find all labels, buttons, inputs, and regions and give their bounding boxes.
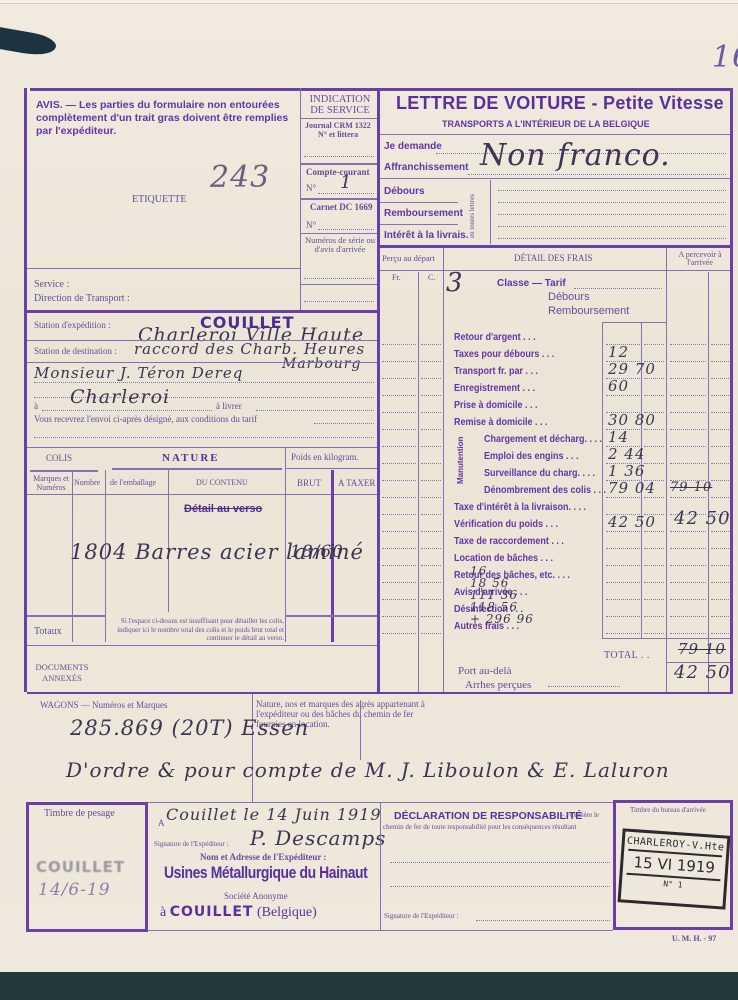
timbre-arrivee-label: Timbre du bureau d'arrivée [630,806,706,814]
dotted-line [670,361,706,362]
paper-top-edge [0,0,738,4]
dotted-line [711,480,729,481]
dotted-line [711,633,729,634]
divider [602,322,603,638]
dotted-line [318,229,374,230]
dotted-line [670,412,706,413]
dotted-line [421,514,441,515]
societe-anonyme: Société Anonyme [224,891,288,901]
dotted-line [644,395,664,396]
interet-label: Intérêt à la livrais. [384,230,469,241]
dotted-line [644,344,664,345]
etiquette-label: ETIQUETTE [132,194,186,205]
dotted-line [382,548,416,549]
dotted-line [644,565,664,566]
port-au-dela-label: Port au-delà [458,665,511,677]
timbre-pesage-label: Timbre de pesage [44,808,115,819]
a-label: à [34,401,38,411]
je-demande-label: Je demande [384,141,442,152]
divider [443,248,444,692]
dotted-line [644,531,664,532]
dotted-line [382,429,416,430]
dotted-line [382,565,416,566]
dotted-line [711,361,729,362]
page-number: 16 [712,40,738,75]
divider [27,447,377,448]
fr-header: Fr. [392,273,401,282]
dotted-line [711,616,729,617]
nombre-header: Nombre [74,478,100,487]
dotted-line [382,361,416,362]
declaration-text-2: chemin de fer de toute responsabilité po… [383,823,576,831]
a-taxer-header: A TAXER [338,478,375,488]
dotted-line [421,497,441,498]
dotted-line [421,616,441,617]
marques-header: Marques et Numéros [28,474,74,492]
dotted-line [670,429,706,430]
dotted-line [421,599,441,600]
dotted-line [644,633,664,634]
divider [666,662,730,663]
divider [148,930,613,931]
dotted-line [670,463,706,464]
frais-row-value[interactable]: 60 [608,377,629,395]
dotted-line [670,582,706,583]
dotted-line [711,429,729,430]
a-percevoir-header: A percevoir à l'arrivée [670,251,730,267]
dotted-line [670,446,706,447]
form-title-main: LETTRE DE VOITURE [396,93,586,113]
dotted-line [711,548,729,549]
pesage-stamp: COUILLET [36,858,125,876]
avis-notice: AVIS. — Les parties du formulaire non en… [36,99,298,138]
dotted-line [711,378,729,379]
dotted-line [382,395,416,396]
dotted-line [421,548,441,549]
indication-service-title: INDICATION DE SERVICE [303,94,377,116]
divider [27,615,105,617]
form-title-speed: Petite Vitesse [603,93,724,113]
dotted-line [382,378,416,379]
total-label: TOTAL . . [604,650,650,661]
company-name: Usines Métallurgique du Hainaut [164,863,367,883]
company-location: à COUILLET (Belgique) [160,904,317,921]
dotted-line [711,344,729,345]
carnet-no-label: N° [306,220,316,230]
dotted-line [34,437,374,438]
dotted-line [468,174,726,175]
divider [418,272,419,692]
dotted-line [644,429,664,430]
divider [380,224,458,225]
dotted-line [382,633,416,634]
dotted-line [304,278,374,279]
dotted-line [606,395,640,396]
recipient[interactable]: Monsieur J. Téron Dereq [34,364,243,382]
detail-frais-header: DÉTAIL DES FRAIS [514,253,592,263]
dotted-line [644,378,664,379]
arrivee-struck: 79 10 [670,480,712,495]
dotted-line [644,616,664,617]
background-bar [0,972,738,1000]
dotted-line [421,412,441,413]
divider [301,118,377,119]
declaration-text-1: - J'exonère le [562,811,599,819]
frais-row-label: Remise à domicile . . . [454,417,548,428]
arrival-postmark: CHARLEROY-V.Hte 15 VI 1919 N° 1 [618,828,731,909]
frais-row-label: Enregistrement . . . [454,383,535,394]
location-city: COUILLET [170,904,254,920]
emballage-header: de l'emballage [110,478,156,487]
contenu-header: DU CONTENU [196,478,248,487]
dotted-line [670,565,706,566]
divider [380,178,730,179]
en-toutes-lettres: en toutes lettres [468,194,476,238]
dotted-line [606,616,640,617]
a-livrer-label: à livrer [216,401,242,411]
frais-row-label: Taxe d'intérêt à la livraison. . . . [454,502,586,513]
location-country: (Belgique) [257,905,317,920]
carnet-label: Carnet DC 1669 [310,202,373,212]
divider [490,180,491,244]
dotted-line [670,344,706,345]
affranchissement-label: Affranchissement [384,162,468,173]
frame-right [730,88,733,692]
frais-row-value[interactable]: 29 70 [608,360,656,378]
dotted-line [670,531,706,532]
dotted-line [382,514,416,515]
frais-row-value[interactable]: 42 50 [608,513,656,531]
dotted-line [498,202,726,203]
documents-annexes-label: DOCUMENTS ANNEXÉS [30,662,94,684]
dotted-line [606,599,640,600]
dotted-line [606,497,640,498]
frais-row-label: Prise à domicile . . . [454,400,538,411]
dotted-line [670,633,706,634]
compte-courant-label: Compte-courant [306,167,370,177]
service-col-left [300,88,301,313]
dotted-line [382,616,416,617]
direction-label: Direction de Transport : [34,293,130,304]
dotted-line [548,686,620,687]
divider [30,470,98,472]
divider [666,248,667,692]
total-value[interactable]: 42 50 [674,662,731,683]
wagons-label: WAGONS — Numéros et Marques [40,700,167,710]
dotted-line [498,214,726,215]
frais-row-label: Transport fr. par . . . [454,366,538,377]
declaration-signature-label: Signature de l'Expéditeur : [384,912,459,920]
dotted-line [498,190,726,191]
destination-value-3[interactable]: Marbourg [282,356,361,372]
dotted-line [644,446,664,447]
frais-row-value[interactable]: 12 [608,343,629,361]
side-calculation: 16 18 56 111 36 118 56 + 296 96 [470,565,534,625]
divider [286,468,377,469]
dotted-line [382,497,416,498]
dotted-line [42,410,212,411]
manutention-label: Manutention [456,436,465,484]
expedition-label: Station d'expédition : [34,320,111,330]
dotted-line [382,599,416,600]
totaux-label: Totaux [34,626,62,637]
compte-no-value[interactable]: 1 [340,172,352,193]
dotted-line [382,412,416,413]
classe-tarif-label: Classe — Tarif [497,278,566,289]
poids-header: Poids en kilogram. [291,452,359,462]
dotted-line [421,565,441,566]
brut-header: BRUT [297,478,321,488]
dotted-line [314,423,374,424]
frais-row-value[interactable]: 1 36 [608,462,645,480]
classe-value[interactable]: 3 [446,268,464,298]
dotted-line [498,226,726,227]
dotted-line [421,344,441,345]
dotted-line [606,548,640,549]
dotted-line [421,378,441,379]
divider [27,692,733,694]
divider [27,645,377,646]
arrivee-value[interactable]: 42 50 [674,508,731,529]
frais-row-value[interactable]: 14 [608,428,629,446]
dotted-line [711,531,729,532]
dotted-line [711,446,729,447]
dotted-line [711,497,729,498]
dotted-line [304,156,374,157]
frais-row-label: Surveillance du charg. . . . [484,468,595,479]
arrhes-label: Arrhes perçues [465,679,531,691]
etiquette-number: 243 [210,160,270,195]
frais-row-label: Vérification du poids . . . [454,519,558,530]
divider [301,284,377,285]
form-code: U. M. H. - 97 [672,934,716,943]
detail-au-verso: Détail au verso [184,503,262,515]
dotted-line [382,531,416,532]
divider [27,362,377,363]
frame-left [24,88,27,692]
dotted-line [390,862,610,863]
location-prefix: à [160,905,166,920]
form-title: LETTRE DE VOITURE - Petite Vitesse [396,93,724,114]
dotted-line [318,193,374,194]
journal-label: Journal CRM 1322 [305,121,371,130]
divider [27,268,300,269]
frais-row-label: Taxe de raccordement . . . [454,536,564,547]
goods-note: Si l'espace ci-dessus est insuffisant po… [108,617,284,643]
total-label-text: TOTAL [604,650,638,661]
dotted-line [476,920,610,921]
goods-row-weight[interactable]: 18/60 [290,542,344,562]
dotted-line [644,582,664,583]
dotted-line [382,480,416,481]
dotted-line [390,886,610,887]
frais-row-label: Retour d'argent . . . [454,332,536,343]
signature-value[interactable]: P. Descamps [250,826,386,850]
dotted-line [421,463,441,464]
total-struck: 79 10 [678,640,726,658]
dotted-line [606,582,640,583]
dotted-line [382,582,416,583]
dotted-line [670,497,706,498]
dotted-line [670,599,706,600]
dotted-line [670,378,706,379]
frais-debours-label: Débours [548,291,590,303]
dotted-line [498,238,726,239]
c-header: C. [428,273,435,282]
dotted-line [382,463,416,464]
declaration-title: DÉCLARATION DE RESPONSABILITÉ [394,810,582,822]
dotted-line [34,382,374,383]
nom-adresse-label: Nom et Adresse de l'Expéditeur : [200,852,326,862]
dotted-line [421,480,441,481]
dotted-line [421,531,441,532]
dotted-line [644,599,664,600]
divider [380,134,730,135]
frais-row-label: Chargement et décharg. . . . [484,434,602,445]
dotted-line [606,531,640,532]
form-title-dash: - [591,93,597,113]
compte-no-label: N° [306,183,316,193]
divider [27,494,377,495]
divider [380,245,730,248]
dotted-line [711,599,729,600]
divider [301,233,377,234]
order-line[interactable]: D'ordre & pour compte de M. J. Liboulon … [66,758,670,782]
dotted-line [670,616,706,617]
dotted-line [644,497,664,498]
dotted-line [644,463,664,464]
dotted-line [574,288,662,289]
affranchissement-value[interactable]: Non franco. [480,138,671,173]
divider [380,270,730,271]
dotted-line [670,395,706,396]
signature-label: Signature de l'Expéditeur : [154,840,229,848]
frais-remboursement-label: Remboursement [548,305,629,317]
dotted-line [421,361,441,362]
dotted-line [304,301,374,302]
frais-row-label: Dénombrement des colis . . . [484,485,606,496]
place-date[interactable]: Couillet le 14 Juin 1919 [166,805,382,824]
divider [380,202,458,203]
frais-row-label: Emploi des engins . . . [484,451,579,462]
divider [112,468,282,470]
remboursement-label: Remboursement [384,208,463,219]
dotted-line [711,412,729,413]
destination-label: Station de destination : [34,346,117,356]
frais-row-value[interactable]: 2 44 [608,445,645,463]
divider [285,615,377,617]
dotted-line [421,582,441,583]
form-subtitle: TRANSPORTS A L'INTÉRIEUR DE LA BELGIQUE [442,119,650,129]
percu-depart-header: Perçu au départ [382,253,435,263]
divider [301,163,377,165]
divider [602,638,730,639]
frais-row-label: Location de bâches . . . [454,553,553,564]
dotted-line [382,344,416,345]
conditions-text: Vous recevrez l'envoi ci-après désigné, … [34,414,257,424]
frame-top [30,88,732,91]
divider [252,694,253,802]
dotted-line [421,633,441,634]
dotted-line [256,410,374,411]
dotted-line [711,582,729,583]
dotted-line [606,565,640,566]
debours-label: Débours [384,186,425,197]
dotted-line [421,395,441,396]
frais-row-value[interactable]: 30 80 [608,411,656,429]
dotted-line [421,429,441,430]
nature-header: NATURE [162,452,220,464]
dotted-line [711,395,729,396]
dotted-line [711,463,729,464]
colis-header: COLIS [46,453,72,463]
journal-sub: N° et littera [318,130,358,139]
divider [360,700,361,760]
divider [602,322,666,323]
dotted-line [421,446,441,447]
pesage-date: 14/6-19 [38,880,111,900]
dotted-line [670,548,706,549]
a-value[interactable]: Charleroi [70,386,170,408]
frais-row-value[interactable]: 79 04 [608,479,656,497]
series-label: Numéros de série ou d'avis d'arrivée [303,236,377,254]
dotted-line [711,565,729,566]
place-date-prefix: A [158,818,165,828]
dotted-line [606,633,640,634]
dotted-line [382,446,416,447]
divider [301,198,377,200]
frais-row-label: Taxes pour débours . . . [454,349,554,360]
service-label: Service : [34,279,69,290]
wagon-number[interactable]: 285.869 (20T) Essen [70,716,309,740]
dotted-line [644,548,664,549]
divider [380,802,381,930]
